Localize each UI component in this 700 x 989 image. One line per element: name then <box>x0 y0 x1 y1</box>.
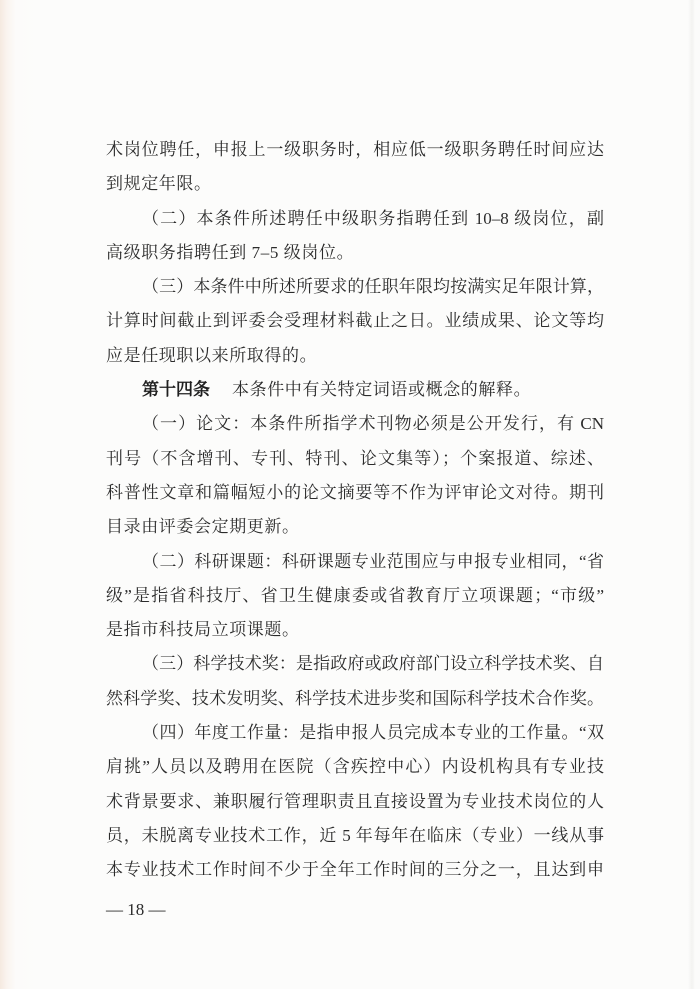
text-line: 本专业技术工作时间不少于全年工作时间的三分之一，且达到申 <box>106 853 604 887</box>
text-line: 肩挑”人员以及聘用在医院（含疾控中心）内设机构具有专业技 <box>106 750 604 784</box>
text-line: （二）本条件所述聘任中级职务指聘任到 10–8 级岗位，副 <box>106 202 604 236</box>
page-number: — 18 — <box>106 893 166 927</box>
text-line: 高级职务指聘任到 7–5 级岗位。 <box>106 236 604 270</box>
text-line: 级”是指省科技厅、省卫生健康委或省教育厅立项课题；“市级” <box>106 579 604 613</box>
text-line: 应是任现职以来所取得的。 <box>106 339 604 373</box>
text-line: 然科学奖、技术发明奖、科学技术进步奖和国际科学技术合作奖。 <box>106 682 604 716</box>
document-page-body: 术岗位聘任，申报上一级职务时，相应低一级职务聘任时间应达 到规定年限。 （二）本… <box>106 133 604 888</box>
text-line: 科普性文章和篇幅短小的论文摘要等不作为评审论文对待。期刊 <box>106 476 604 510</box>
article-text: 本条件中有关特定词语或概念的解释。 <box>232 380 531 399</box>
paragraph-definition-annual-workload: （四）年度工作量：是指申报人员完成本专业的工作量。“双 肩挑”人员以及聘用在医院… <box>106 716 604 887</box>
text-line: 是指市科技局立项课题。 <box>106 613 604 647</box>
text-line: （四）年度工作量：是指申报人员完成本专业的工作量。“双 <box>106 716 604 750</box>
text-line: （二）科研课题：科研课题专业范围应与申报专业相同，“省 <box>106 545 604 579</box>
text-line: （一）论文：本条件所指学术刊物必须是公开发行，有 CN <box>106 407 604 441</box>
text-line: 术岗位聘任，申报上一级职务时，相应低一级职务聘任时间应达 <box>106 133 604 167</box>
paragraph-clause-2: （二）本条件所述聘任中级职务指聘任到 10–8 级岗位，副 高级职务指聘任到 7… <box>106 202 604 271</box>
paragraph-definition-sci-tech-awards: （三）科学技术奖：是指政府或政府部门设立科学技术奖、自 然科学奖、技术发明奖、科… <box>106 647 604 716</box>
article-label: 第十四条 <box>142 380 210 400</box>
text-line: 计算时间截止到评委会受理材料截止之日。业绩成果、论文等均 <box>106 304 604 338</box>
text-line: 刊号（不含增刊、专刊、特刊、论文集等）；个案报道、综述、 <box>106 442 604 476</box>
article-14-heading: 第十四条本条件中有关特定词语或概念的解释。 <box>106 373 604 407</box>
text-line: （三）科学技术奖：是指政府或政府部门设立科学技术奖、自 <box>106 647 604 681</box>
text-line: 目录由评委会定期更新。 <box>106 510 604 544</box>
paragraph-clause-3: （三）本条件中所述所要求的任职年限均按满实足年限计算， 计算时间截止到评委会受理… <box>106 270 604 373</box>
text-line: 术背景要求、兼职履行管理职责且直接设置为专业技术岗位的人 <box>106 785 604 819</box>
text-line: 到规定年限。 <box>106 167 604 201</box>
text-line: （三）本条件中所述所要求的任职年限均按满实足年限计算， <box>106 270 604 304</box>
paragraph-definition-research-projects: （二）科研课题：科研课题专业范围应与申报专业相同，“省 级”是指省科技厅、省卫生… <box>106 545 604 648</box>
text-line: 员，未脱离专业技术工作，近 5 年每年在临床（专业）一线从事 <box>106 819 604 853</box>
paragraph-definition-papers: （一）论文：本条件所指学术刊物必须是公开发行，有 CN 刊号（不含增刊、专刊、特… <box>106 407 604 544</box>
paragraph-continuation: 术岗位聘任，申报上一级职务时，相应低一级职务聘任时间应达 到规定年限。 <box>106 133 604 202</box>
